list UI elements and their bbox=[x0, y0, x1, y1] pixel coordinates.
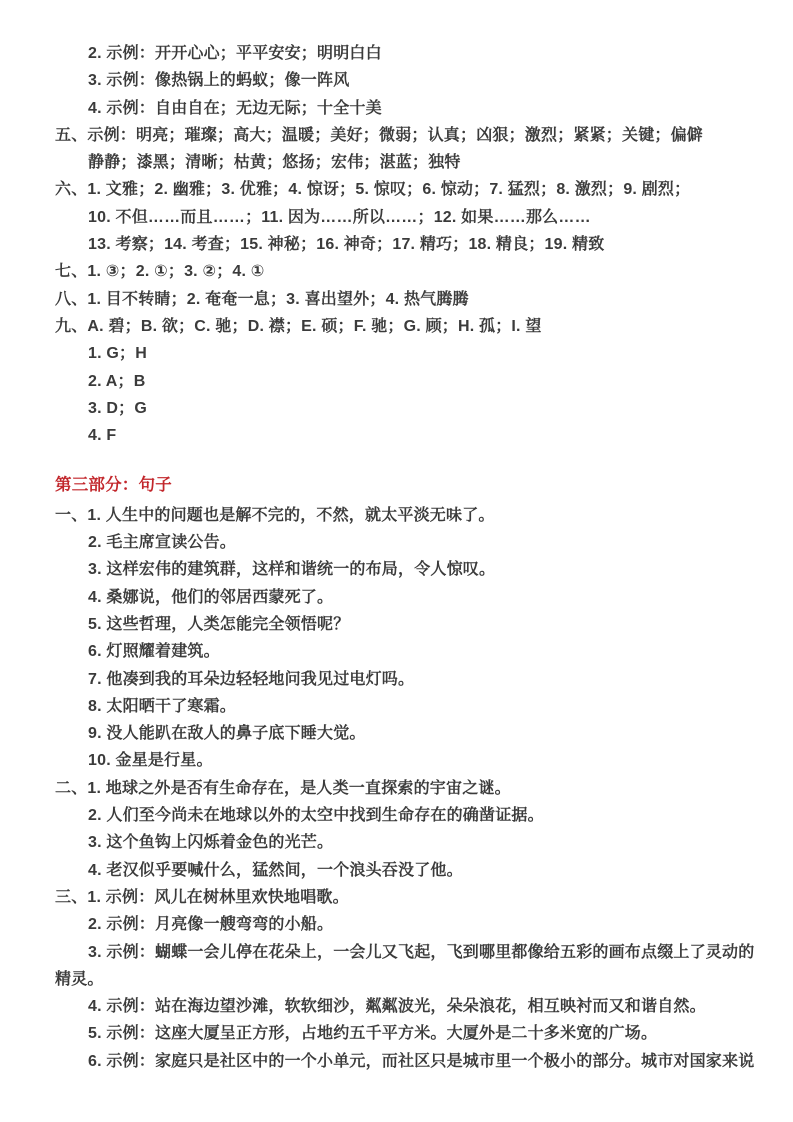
answer-text-line: 一、1. 人生中的问题也是解不完的，不然，就太平淡无味了。 bbox=[0, 502, 793, 529]
answer-text-line: 9. 没人能趴在敌人的鼻子底下睡大觉。 bbox=[0, 720, 793, 747]
answer-text-line: 10. 金星是行星。 bbox=[0, 747, 793, 774]
answer-text-line: 2. A；B bbox=[0, 368, 793, 395]
answer-text-line: 3. D；G bbox=[0, 395, 793, 422]
answer-text-line: 13. 考察；14. 考查；15. 神秘；16. 神奇；17. 精巧；18. 精… bbox=[0, 231, 793, 258]
answer-text-line: 7. 他凑到我的耳朵边轻轻地问我见过电灯吗。 bbox=[0, 666, 793, 693]
answer-text-line: 五、示例：明亮；璀璨；高大；温暖；美好；微弱；认真；凶狠；激烈；紧紧；关键；偏僻 bbox=[0, 122, 793, 149]
answer-text-line: 4. 示例：自由自在；无边无际；十全十美 bbox=[0, 95, 793, 122]
answer-text-line: 九、A. 碧；B. 欲；C. 驰；D. 襟；E. 硕；F. 驰；G. 顾；H. … bbox=[0, 313, 793, 340]
answer-text-line: 静静；漆黑；清晰；枯黄；悠扬；宏伟；湛蓝；独特 bbox=[0, 149, 793, 176]
answer-text-line: 6. 灯照耀着建筑。 bbox=[0, 638, 793, 665]
answer-text-line: 3. 示例：像热锅上的蚂蚁；像一阵风 bbox=[0, 67, 793, 94]
answer-text-line: 5. 这些哲理，人类怎能完全领悟呢？ bbox=[0, 611, 793, 638]
answer-text-line: 1. G；H bbox=[0, 340, 793, 367]
answer-text-line: 2. 人们至今尚未在地球以外的太空中找到生命存在的确凿证据。 bbox=[0, 802, 793, 829]
answer-sheet-page: 2. 示例：开开心心；平平安安；明明白白3. 示例：像热锅上的蚂蚁；像一阵风4.… bbox=[0, 0, 793, 1122]
answer-text-line: 七、1. ③；2. ①；3. ②；4. ① bbox=[0, 258, 793, 285]
answer-text-line: 4. 老汉似乎要喊什么，猛然间，一个浪头吞没了他。 bbox=[0, 857, 793, 884]
answer-text-line: 8. 太阳晒干了寒霜。 bbox=[0, 693, 793, 720]
answer-text-line: 2. 示例：开开心心；平平安安；明明白白 bbox=[0, 40, 793, 67]
answer-text-line: 2. 示例：月亮像一艘弯弯的小船。 bbox=[0, 911, 793, 938]
answer-text-line: 六、1. 文雅；2. 幽雅；3. 优雅；4. 惊讶；5. 惊叹；6. 惊动；7.… bbox=[0, 176, 793, 203]
answer-text-line: 三、1. 示例：风儿在树林里欢快地唱歌。 bbox=[0, 884, 793, 911]
answer-text-line: 10. 不但……而且……；11. 因为……所以……；12. 如果……那么…… bbox=[0, 204, 793, 231]
answer-text-line: 八、1. 目不转睛；2. 奄奄一息；3. 喜出望外；4. 热气腾腾 bbox=[0, 286, 793, 313]
answer-text-line: 二、1. 地球之外是否有生命存在，是人类一直探索的宇宙之谜。 bbox=[0, 775, 793, 802]
answer-text-line: 4. F bbox=[0, 422, 793, 449]
answer-lines: 2. 示例：开开心心；平平安安；明明白白3. 示例：像热锅上的蚂蚁；像一阵风4.… bbox=[0, 40, 793, 1075]
answer-text-line: 4. 示例：站在海边望沙滩，软软细沙，粼粼波光，朵朵浪花，相互映衬而又和谐自然。 bbox=[0, 993, 793, 1020]
answer-text-line: 3. 这样宏伟的建筑群，这样和谐统一的布局，令人惊叹。 bbox=[0, 556, 793, 583]
answer-text-line: 3. 这个鱼钩上闪烁着金色的光芒。 bbox=[0, 829, 793, 856]
answer-text-line: 5. 示例：这座大厦呈正方形，占地约五千平方米。大厦外是二十多米宽的广场。 bbox=[0, 1020, 793, 1047]
part3-section-heading: 第三部分：句子 bbox=[0, 472, 793, 499]
answer-text-line: 4. 桑娜说，他们的邻居西蒙死了。 bbox=[0, 584, 793, 611]
answer-text-line: 6. 示例：家庭只是社区中的一个小单元，而社区只是城市里一个极小的部分。城市对国… bbox=[0, 1048, 793, 1075]
answer-text-line: 精灵。 bbox=[0, 966, 793, 993]
answer-text-line: 3. 示例：蝴蝶一会儿停在花朵上，一会儿又飞起，飞到哪里都像给五彩的画布点缀上了… bbox=[0, 939, 793, 966]
answer-text-line: 2. 毛主席宣读公告。 bbox=[0, 529, 793, 556]
